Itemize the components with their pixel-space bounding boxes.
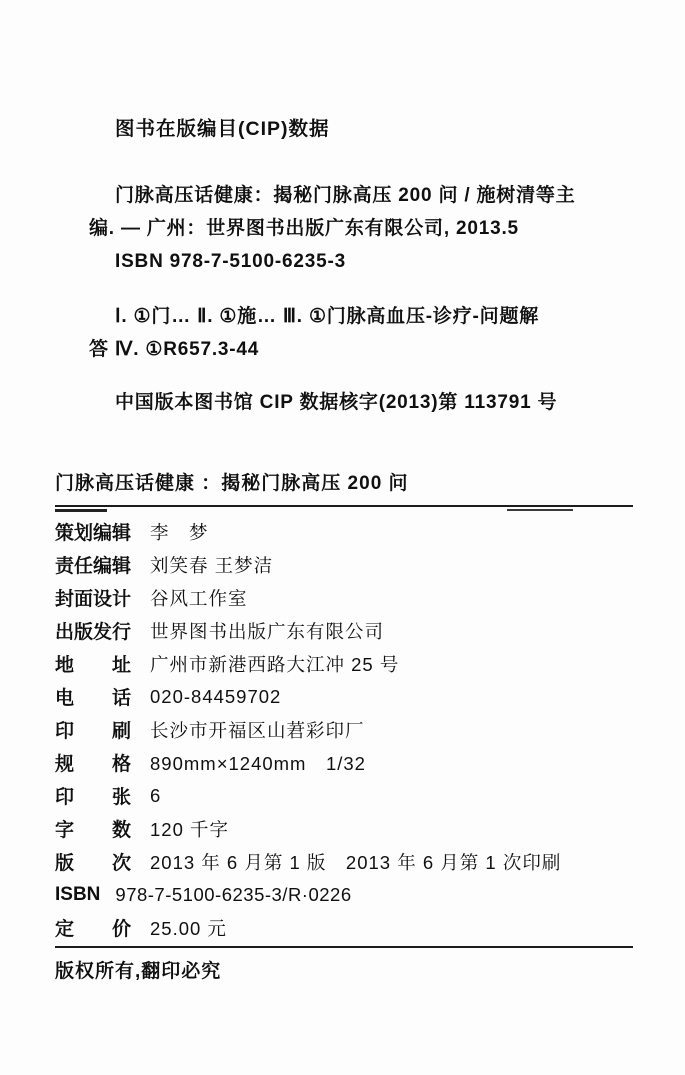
row-label: 版次 [55,848,131,875]
row-label: 出版发行 [55,617,131,644]
row-label: 封面设计 [55,584,131,611]
row-label: ISBN [55,884,100,906]
copyright-notice: 版权所有,翻印必究 [55,956,633,983]
bottom-divider-line [55,946,633,948]
table-row: 印张 6 [55,779,633,812]
book-title: 门脉高压话健康 ：揭秘门脉高压 200 问 [55,472,633,496]
row-label: 印张 [55,782,131,809]
cip-class-line-2: 答 Ⅳ. ①R657.3-44 [89,333,609,366]
row-value: 120 千字 [150,816,229,842]
table-row: 印刷 长沙市开福区山莙彩印厂 [55,713,633,746]
row-value: 2013 年 6 月第 1 版 2013 年 6 月第 1 次印刷 [150,849,561,875]
row-value: 25.00 元 [150,915,227,941]
table-row: 责任编辑 刘笑春 王梦洁 [55,548,633,581]
table-row: 定价 25.00 元 [55,911,633,944]
table-row: 规格 890mm×1240mm 1/32 [55,746,633,779]
row-label: 策划编辑 [55,518,131,545]
row-value: 刘笑春 王梦洁 [150,552,273,578]
row-value: 广州市新港西路大江冲 25 号 [150,651,399,677]
publication-info-table: 策划编辑 李 梦 责任编辑 刘笑春 王梦洁 封面设计 谷风工作室 出版发行 世界… [55,515,633,944]
row-value: 890mm×1240mm 1/32 [150,750,366,776]
colophon-section: 门脉高压话健康 ：揭秘门脉高压 200 问 策划编辑 李 梦 责任编辑 刘笑春 … [55,472,633,983]
row-label: 电话 [55,683,131,710]
table-row: 字数 120 千字 [55,812,633,845]
row-value: 谷风工作室 [150,585,248,611]
cip-entry-line-3: ISBN 978-7-5100-6235-3 [89,245,609,278]
cip-class-line-1: Ⅰ. ①门… Ⅱ. ①施… Ⅲ. ①门脉高血压-诊疗-问题解 [89,300,609,333]
cip-section: 图书在版编目(CIP)数据 门脉高压话健康：揭秘门脉高压 200 问 / 施树清… [89,113,609,414]
cip-entry-line-2: 编. — 广州：世界图书出版广东有限公司, 2013.5 [89,212,609,245]
cip-entry-paragraph: 门脉高压话健康：揭秘门脉高压 200 问 / 施树清等主 编. — 广州：世界图… [89,179,609,278]
row-value: 世界图书出版广东有限公司 [150,618,384,644]
row-label: 定价 [55,914,131,941]
table-row-isbn: ISBN 978-7-5100-6235-3/R·0226 [55,878,633,911]
cip-header: 图书在版编目(CIP)数据 [115,113,609,141]
row-value: 020-84459702 [150,686,281,708]
table-row: 出版发行 世界图书出版广东有限公司 [55,614,633,647]
row-value: 长沙市开福区山莙彩印厂 [150,717,365,743]
divider-ink-smear-right [507,509,573,511]
cip-entry-line-1: 门脉高压话健康：揭秘门脉高压 200 问 / 施树清等主 [89,179,609,212]
cip-classification-paragraph: Ⅰ. ①门… Ⅱ. ①施… Ⅲ. ①门脉高血压-诊疗-问题解 答 Ⅳ. ①R65… [89,300,609,366]
table-row: 版次 2013 年 6 月第 1 版 2013 年 6 月第 1 次印刷 [55,845,633,878]
row-label: 地址 [55,650,131,677]
table-row: 封面设计 谷风工作室 [55,581,633,614]
title-divider-line [55,505,633,507]
row-label: 规格 [55,749,131,776]
row-label: 责任编辑 [55,551,131,578]
book-copyright-page: 图书在版编目(CIP)数据 门脉高压话健康：揭秘门脉高压 200 问 / 施树清… [0,0,685,1075]
table-row: 地址 广州市新港西路大江冲 25 号 [55,647,633,680]
table-row: 电话 020-84459702 [55,680,633,713]
row-label: 印刷 [55,716,131,743]
divider-ink-smear-left [55,509,107,512]
table-row: 策划编辑 李 梦 [55,515,633,548]
row-value: 6 [150,785,161,807]
row-value: 李 梦 [150,519,209,545]
row-label: 字数 [55,815,131,842]
row-value: 978-7-5100-6235-3/R·0226 [115,884,351,906]
cip-record-number: 中国版本图书馆 CIP 数据核字(2013)第 113791 号 [89,387,609,414]
